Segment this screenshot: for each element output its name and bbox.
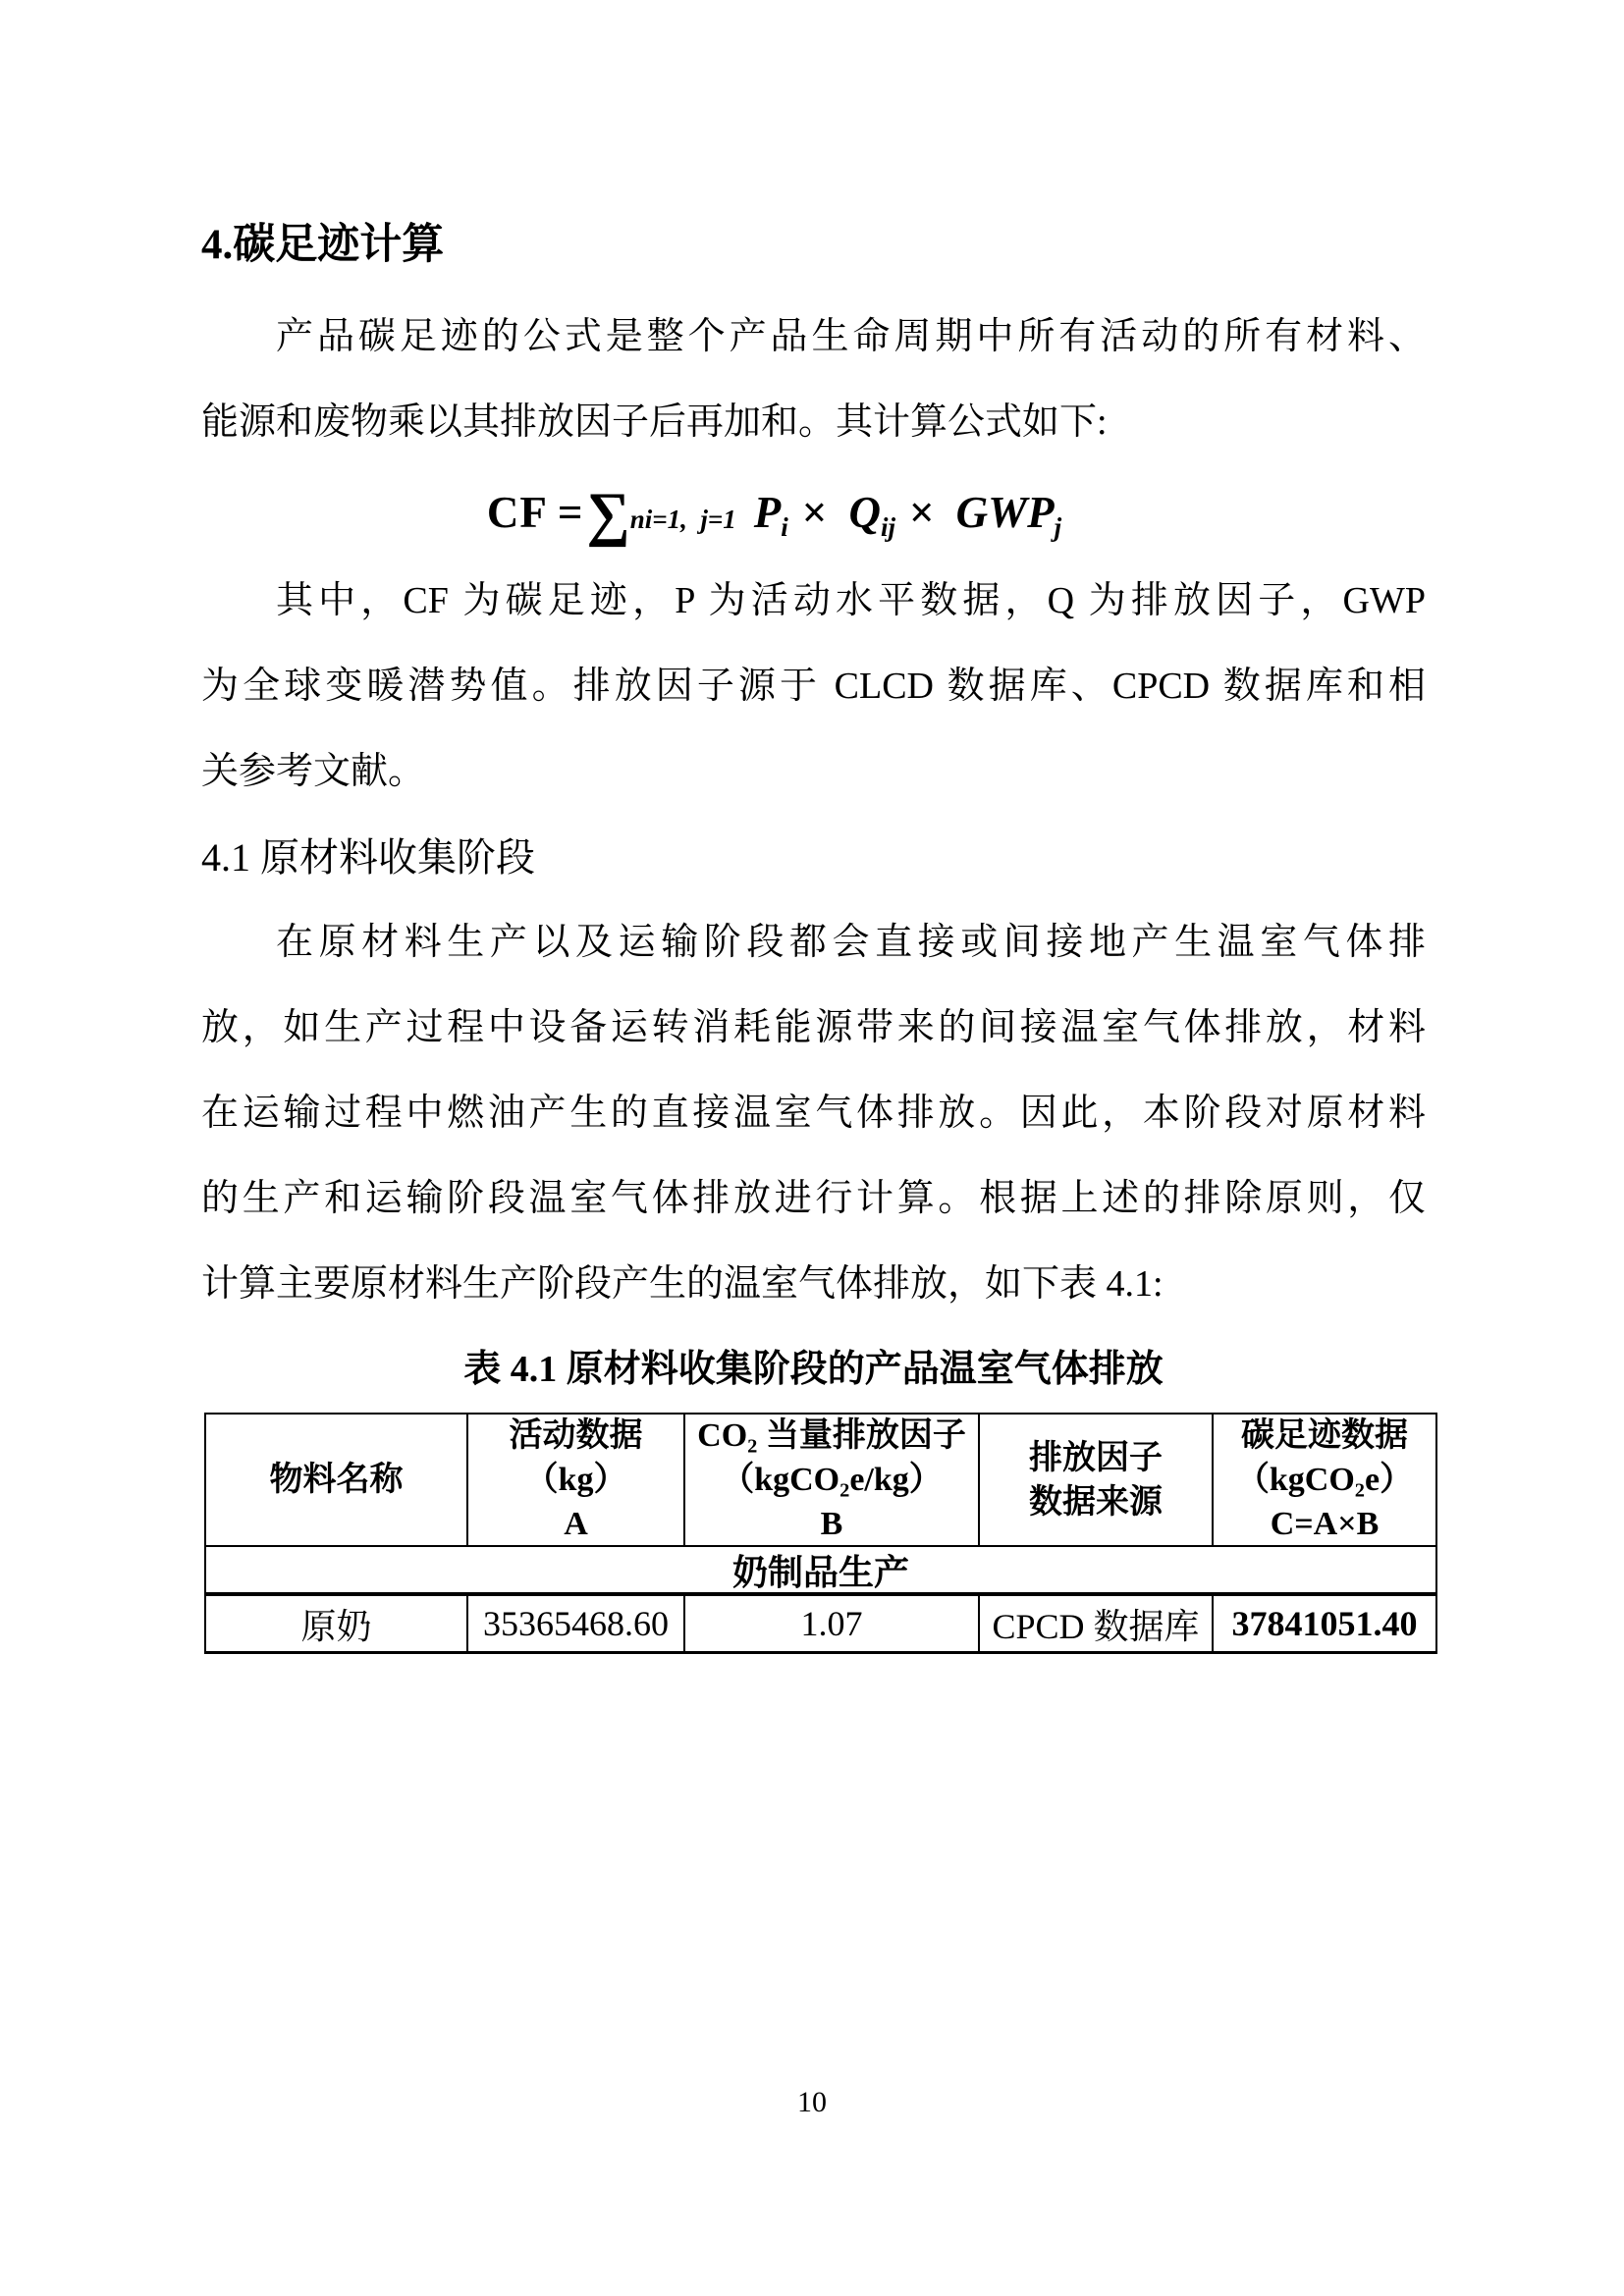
table-band-row: 奶制品生产	[206, 1547, 1435, 1596]
paragraph-line: 在运输过程中燃油产生的直接温室气体排放。因此，本阶段对原材料	[201, 1071, 1426, 1156]
header-line: （kgCO₂e）	[1236, 1458, 1413, 1502]
header-line: 排放因子	[1029, 1436, 1163, 1480]
subsection-heading: 4.1 原材料收集阶段	[201, 815, 1426, 900]
paragraph-line: 为全球变暖潜势值。排放因子源于 CLCD 数据库、CPCD 数据库和相	[201, 644, 1426, 729]
header-line: B	[821, 1502, 843, 1546]
header-cell-material-name: 物料名称	[206, 1415, 468, 1547]
header-line: 碳足迹数据	[1241, 1414, 1408, 1458]
paragraph-2: 其中，CF 为碳足迹，P 为活动水平数据，Q 为排放因子，GWP 为全球变暖潜势…	[201, 559, 1426, 815]
subscript-j: j	[1055, 512, 1062, 543]
paragraph-line: 放，如生产过程中设备运转消耗能源带来的间接温室气体排放，材料	[201, 986, 1426, 1071]
header-line: 物料名称	[270, 1458, 404, 1502]
header-line: 数据来源	[1029, 1480, 1163, 1524]
variable-p: P	[754, 487, 782, 538]
header-cell-emission-factor: CO₂ 当量排放因子 （kgCO₂e/kg） B	[685, 1415, 980, 1547]
header-line: （kgCO₂e/kg）	[721, 1458, 943, 1502]
multiply-sign: ×	[909, 487, 935, 538]
sigma-upper-limit: n	[630, 506, 645, 534]
cell-emission-factor: 1.07	[685, 1596, 980, 1651]
subscript-ij: ij	[881, 512, 895, 543]
paragraph-line: 的生产和运输阶段温室气体排放进行计算。根据上述的排除原则，仅	[201, 1156, 1426, 1242]
formula: CF=∑ni=1, j=1Pi×Qij×GWPj	[201, 465, 1426, 559]
paragraph-line: 计算主要原材料生产阶段产生的温室气体排放，如下表 4.1:	[201, 1242, 1426, 1327]
sigma-lower-limit: i=1, j=1	[645, 506, 736, 534]
subscript-i: i	[781, 512, 788, 543]
materials-emissions-table: 物料名称 活动数据 （kg） A CO₂ 当量排放因子 （kgCO₂e/kg） …	[204, 1413, 1437, 1654]
section-title: 4.碳足迹计算	[201, 196, 1426, 294]
document-content: 4.碳足迹计算 产品碳足迹的公式是整个产品生命周期中所有活动的所有材料、 能源和…	[201, 196, 1426, 1654]
header-line: （kg）	[525, 1458, 627, 1502]
paragraph-line: 产品碳足迹的公式是整个产品生命周期中所有活动的所有材料、	[201, 294, 1426, 380]
sigma-limits: ni=1, j=1	[630, 506, 736, 534]
formula-lhs: CF	[487, 487, 548, 538]
table-row: 原奶 35365468.60 1.07 CPCD 数据库 37841051.40	[206, 1596, 1435, 1651]
paragraph-line: 其中，CF 为碳足迹，P 为活动水平数据，Q 为排放因子，GWP	[201, 559, 1426, 644]
table-header-row: 物料名称 活动数据 （kg） A CO₂ 当量排放因子 （kgCO₂e/kg） …	[206, 1415, 1435, 1547]
paragraph-3: 在原材料生产以及运输阶段都会直接或间接地产生温室气体排 放，如生产过程中设备运转…	[201, 900, 1426, 1327]
multiply-sign: ×	[802, 487, 828, 538]
header-cell-data-source: 排放因子 数据来源	[980, 1415, 1214, 1547]
header-line: 活动数据	[510, 1414, 643, 1458]
variable-q: Q	[848, 487, 881, 538]
paragraph-1: 产品碳足迹的公式是整个产品生命周期中所有活动的所有材料、 能源和废物乘以其排放因…	[201, 294, 1426, 465]
cell-carbon-footprint: 37841051.40	[1214, 1596, 1435, 1651]
header-line: A	[564, 1502, 588, 1546]
table-caption: 表 4.1 原材料收集阶段的产品温室气体排放	[201, 1327, 1426, 1413]
cell-activity-data: 35365468.60	[468, 1596, 685, 1651]
header-cell-activity-data: 活动数据 （kg） A	[468, 1415, 685, 1547]
header-cell-carbon-footprint: 碳足迹数据 （kgCO₂e） C=A×B	[1214, 1415, 1435, 1547]
paragraph-line: 关参考文献。	[201, 729, 1426, 815]
header-line: C=A×B	[1271, 1502, 1380, 1546]
cell-material-name: 原奶	[206, 1596, 468, 1651]
header-line: CO₂ 当量排放因子	[697, 1414, 966, 1458]
sigma-symbol: ∑	[587, 484, 630, 545]
equals-sign: =	[558, 487, 583, 538]
cell-data-source: CPCD 数据库	[980, 1596, 1214, 1651]
paragraph-line: 能源和废物乘以其排放因子后再加和。其计算公式如下:	[201, 380, 1426, 465]
page-number: 10	[0, 2086, 1624, 2119]
paragraph-line: 在原材料生产以及运输阶段都会直接或间接地产生温室气体排	[201, 900, 1426, 986]
document-page: 4.碳足迹计算 产品碳足迹的公式是整个产品生命周期中所有活动的所有材料、 能源和…	[0, 0, 1624, 2296]
variable-gwp: GWP	[956, 487, 1055, 538]
